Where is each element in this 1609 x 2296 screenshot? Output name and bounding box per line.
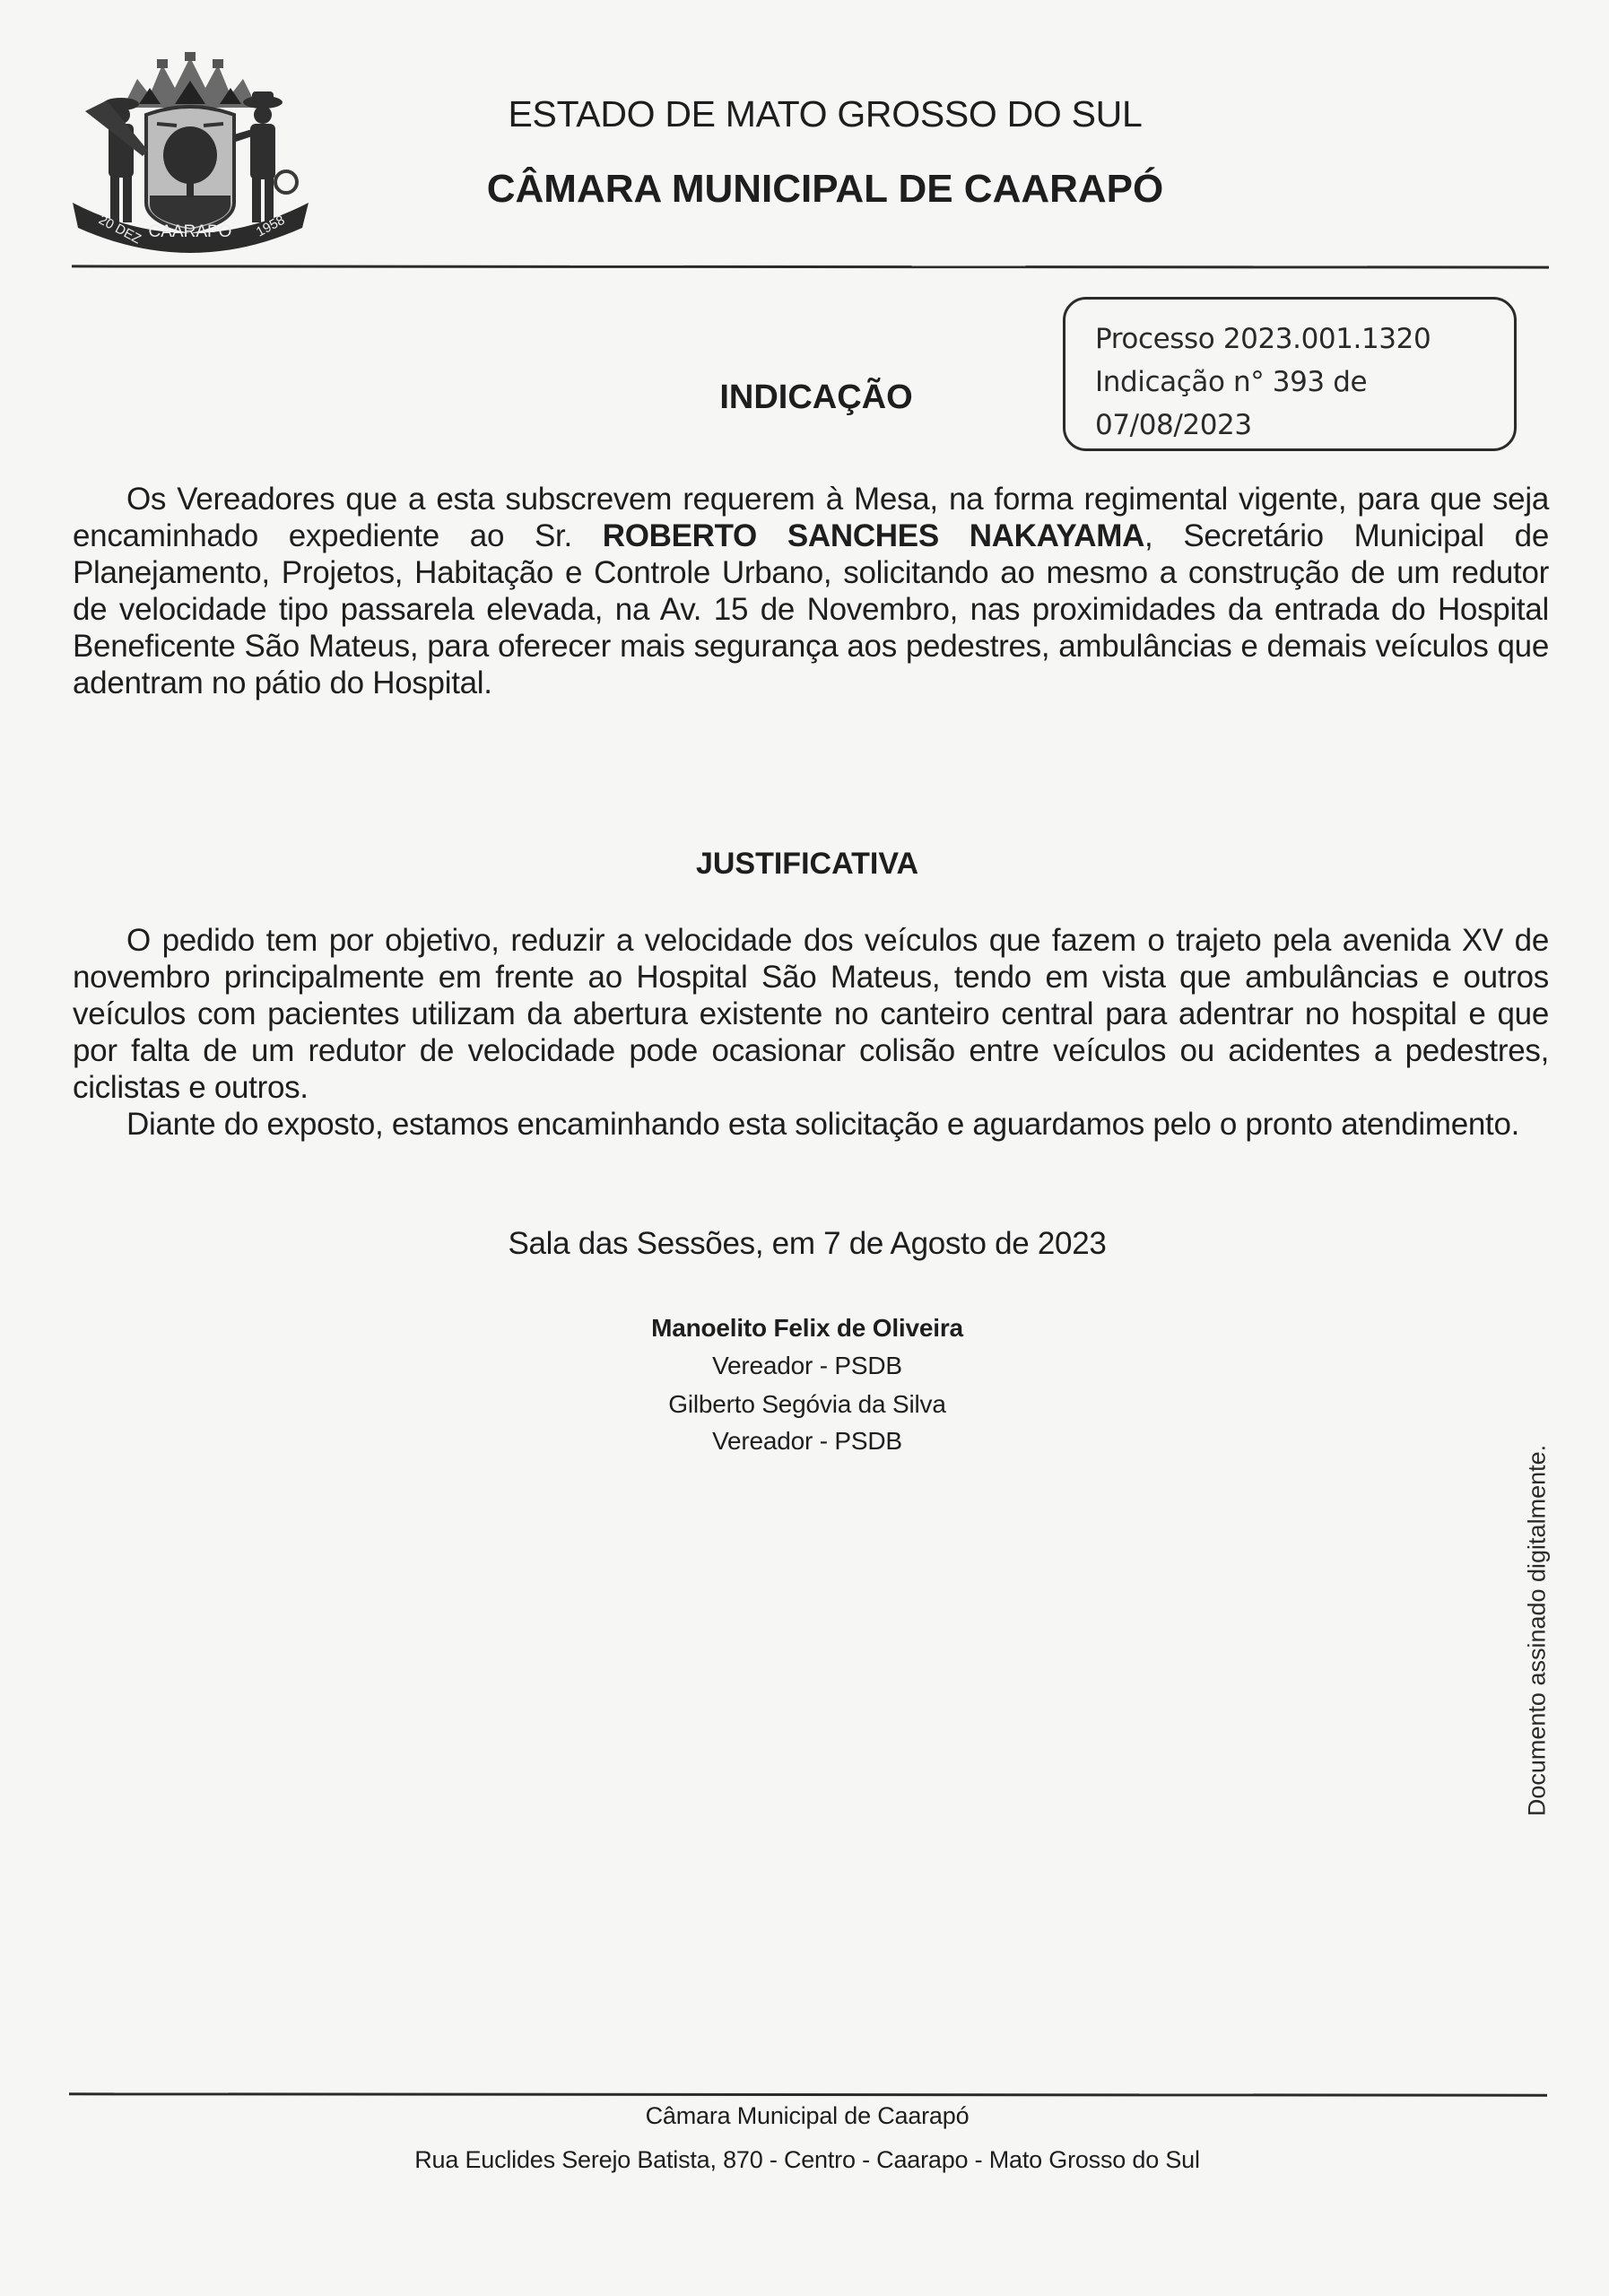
indication-body: Os Vereadores que a esta subscrevem requ… <box>73 481 1549 701</box>
indication-paragraph: Os Vereadores que a esta subscrevem requ… <box>73 481 1549 701</box>
justification-heading: JUSTIFICATIVA <box>538 847 1076 882</box>
indication-number: Indicação n° 393 de <box>1095 361 1514 404</box>
municipal-coat-of-arms-logo: CAARAPÓ 20 DEZ 1958 <box>67 52 314 257</box>
svg-text:CAARAPÓ: CAARAPÓ <box>149 222 232 241</box>
footer-divider <box>69 2092 1547 2096</box>
footer-institution: Câmara Municipal de Caarapó <box>448 2102 1166 2130</box>
footer-address: Rua Euclides Serejo Batista, 870 - Centr… <box>269 2146 1345 2174</box>
justification-paragraph: Diante do exposto, estamos encaminhando … <box>73 1106 1549 1143</box>
signatory-role: Vereador - PSDB <box>448 1427 1166 1456</box>
closing-line: Sala das Sessões, em 7 de Agosto de 2023 <box>359 1226 1256 1262</box>
indication-date: 07/08/2023 <box>1095 404 1514 447</box>
recipient-name: ROBERTO SANCHES NAKAYAMA <box>603 518 1144 553</box>
process-info-box: Processo 2023.001.1320 Indicação n° 393 … <box>1063 297 1517 451</box>
institution-heading: CÂMARA MUNICIPAL DE CAARAPÓ <box>377 167 1274 212</box>
state-heading: ESTADO DE MATO GROSSO DO SUL <box>377 93 1274 135</box>
signatory-name: Gilberto Segóvia da Silva <box>448 1390 1166 1419</box>
signatory-role: Vereador - PSDB <box>448 1352 1166 1380</box>
process-number: Processo 2023.001.1320 <box>1095 317 1514 361</box>
justification-paragraph: O pedido tem por objetivo, reduzir a vel… <box>73 922 1549 1106</box>
signatory-name: Manoelito Felix de Oliveira <box>448 1314 1166 1343</box>
justification-body: O pedido tem por objetivo, reduzir a vel… <box>73 922 1549 1143</box>
document-title: INDICAÇÃO <box>628 378 1005 417</box>
header-divider <box>72 265 1549 268</box>
